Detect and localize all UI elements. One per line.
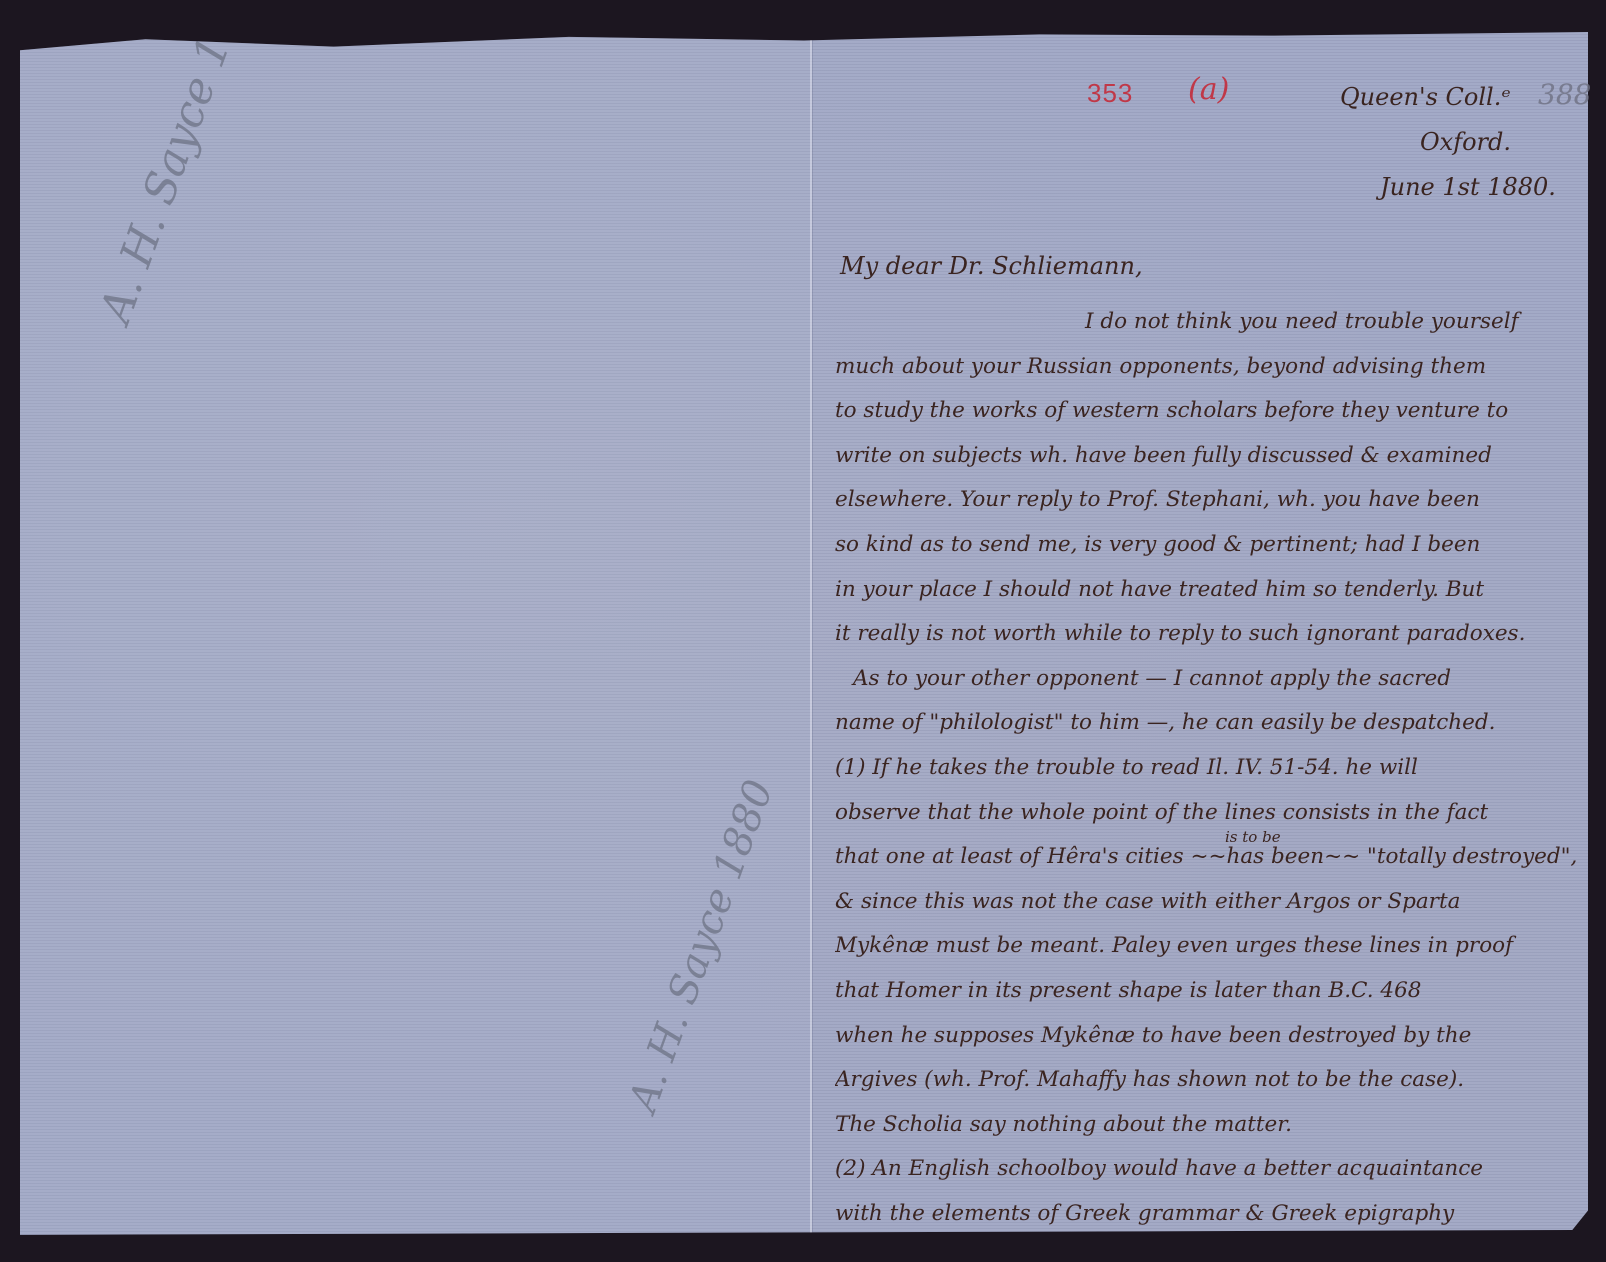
letter-line: As to your other opponent — I cannot app… bbox=[835, 657, 1570, 702]
letter-line: I do not think you need trouble yourself bbox=[835, 300, 1570, 345]
sender-address: Queen's Coll.ᵉ Oxford. June 1st 1880. bbox=[1340, 75, 1556, 210]
archive-number: 353 bbox=[1087, 78, 1133, 109]
letter-line: & since this was not the case with eithe… bbox=[835, 880, 1570, 925]
letter-line: so kind as to send me, is very good & pe… bbox=[835, 523, 1570, 568]
scanned-folio: A. H. Sayce 1880 A. H. Sayce 1880 353 (a… bbox=[0, 0, 1606, 1262]
pencil-annotation-top: A. H. Sayce 1880 bbox=[90, 0, 269, 329]
pencil-annotation-bottom: A. H. Sayce 1880 bbox=[620, 774, 783, 1118]
letter-line: that Homer in its present shape is later… bbox=[835, 969, 1570, 1014]
letter-line: The Scholia say nothing about the matter… bbox=[835, 1103, 1570, 1148]
letter-line: Argives (wh. Prof. Mahaffy has shown not… bbox=[835, 1058, 1570, 1103]
letter-line: (2) An English schoolboy would have a be… bbox=[835, 1147, 1570, 1192]
letter-line: in your place I should not have treated … bbox=[835, 568, 1570, 613]
letter-line: to study the works of western scholars b… bbox=[835, 389, 1570, 434]
letter-line: name of "philologist" to him —, he can e… bbox=[835, 701, 1570, 746]
letter-line: it really is not worth while to reply to… bbox=[835, 612, 1570, 657]
letter-line: with the elements of Greek grammar & Gre… bbox=[835, 1192, 1570, 1237]
letter-line: write on subjects wh. have been fully di… bbox=[835, 434, 1570, 479]
letter-line: elsewhere. Your reply to Prof. Stephani,… bbox=[835, 478, 1570, 523]
letter-line-text: that one at least of Hêra's cities ~~has… bbox=[835, 844, 1577, 869]
letter-line: when he supposes Mykênæ to have been des… bbox=[835, 1014, 1570, 1059]
salutation: My dear Dr. Schliemann, bbox=[840, 252, 1143, 280]
archive-sub-marker: (a) bbox=[1188, 72, 1229, 107]
letter-line: (1) If he takes the trouble to read Il. … bbox=[835, 746, 1570, 791]
address-line-city: Oxford. bbox=[1420, 120, 1556, 165]
letter-line: Mykênæ must be meant. Paley even urges t… bbox=[835, 924, 1570, 969]
address-line-college: Queen's Coll.ᵉ bbox=[1340, 75, 1556, 120]
page-fold bbox=[810, 32, 812, 1247]
left-page: A. H. Sayce 1880 A. H. Sayce 1880 bbox=[20, 32, 810, 1247]
letter-line-with-insert: is to be that one at least of Hêra's cit… bbox=[835, 835, 1570, 880]
interlinear-insert: is to be bbox=[1225, 815, 1281, 860]
letter-line: observe that the whole point of the line… bbox=[835, 791, 1570, 836]
letter-line: much about your Russian opponents, beyon… bbox=[835, 345, 1570, 390]
letter-body: I do not think you need trouble yourself… bbox=[835, 300, 1570, 1236]
letter-date: June 1st 1880. bbox=[1380, 165, 1556, 210]
